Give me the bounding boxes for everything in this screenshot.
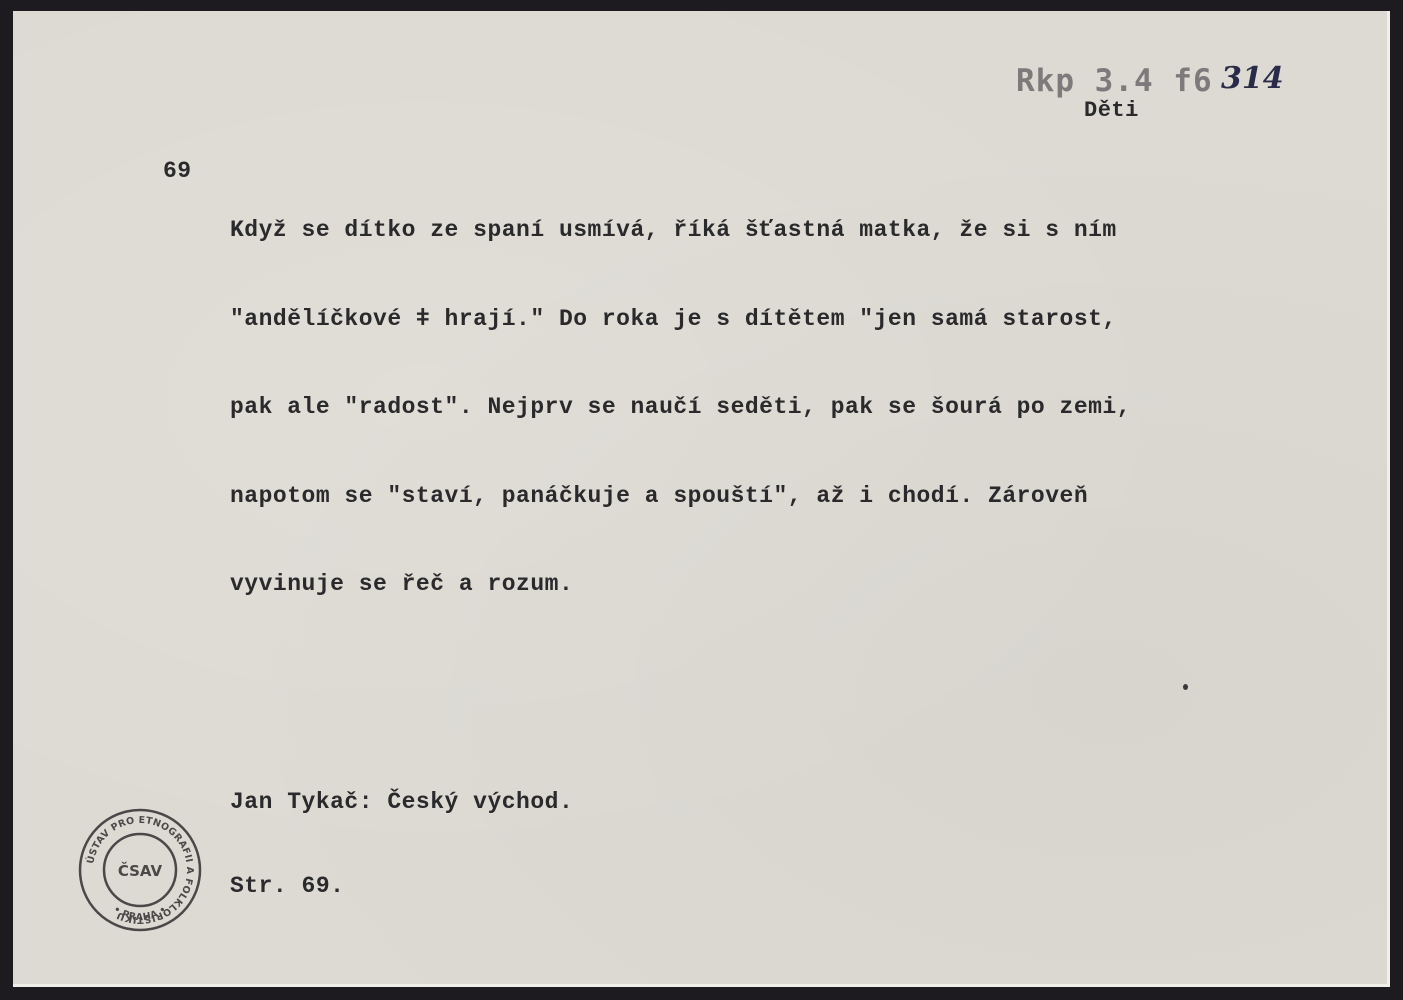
institution-stamp: ÚSTAV PRO ETNOGRAFII A FOLKLORISTIKU • P… — [75, 805, 205, 935]
index-card: Rkp 3.4 f6 314 Děti 69 Když se dítko ze … — [13, 11, 1390, 987]
entry-line: pak ale "radost". Nejprv se naučí seděti… — [230, 393, 1131, 423]
entry-line: vyvinuje se řeč a rozum. — [230, 570, 1131, 600]
stamp-center-text: ČSAV — [118, 861, 163, 880]
entry-text: Když se dítko ze spaní usmívá, říká šťas… — [230, 157, 1131, 659]
source-page: Str. 69. — [230, 872, 573, 900]
ink-speck — [1183, 684, 1188, 690]
handwritten-number: 314 — [1221, 61, 1284, 96]
source-author-title: Jan Tykač: Český východ. — [230, 788, 573, 816]
shelfmark-stamp: Rkp 3.4 f6 — [1016, 63, 1213, 99]
entry-line: "andělíčkové ǂ hrají." Do roka je s dítě… — [230, 305, 1131, 335]
category-heading: Děti — [1084, 98, 1139, 123]
stamp-seal-icon: ÚSTAV PRO ETNOGRAFII A FOLKLORISTIKU • P… — [75, 805, 205, 935]
source-citation: Jan Tykač: Český východ. Str. 69. — [230, 732, 573, 956]
entry-number: 69 — [163, 157, 192, 186]
entry-line: Když se dítko ze spaní usmívá, říká šťas… — [230, 216, 1131, 246]
entry-line: napotom se "staví, panáčkuje a spouští",… — [230, 482, 1131, 512]
